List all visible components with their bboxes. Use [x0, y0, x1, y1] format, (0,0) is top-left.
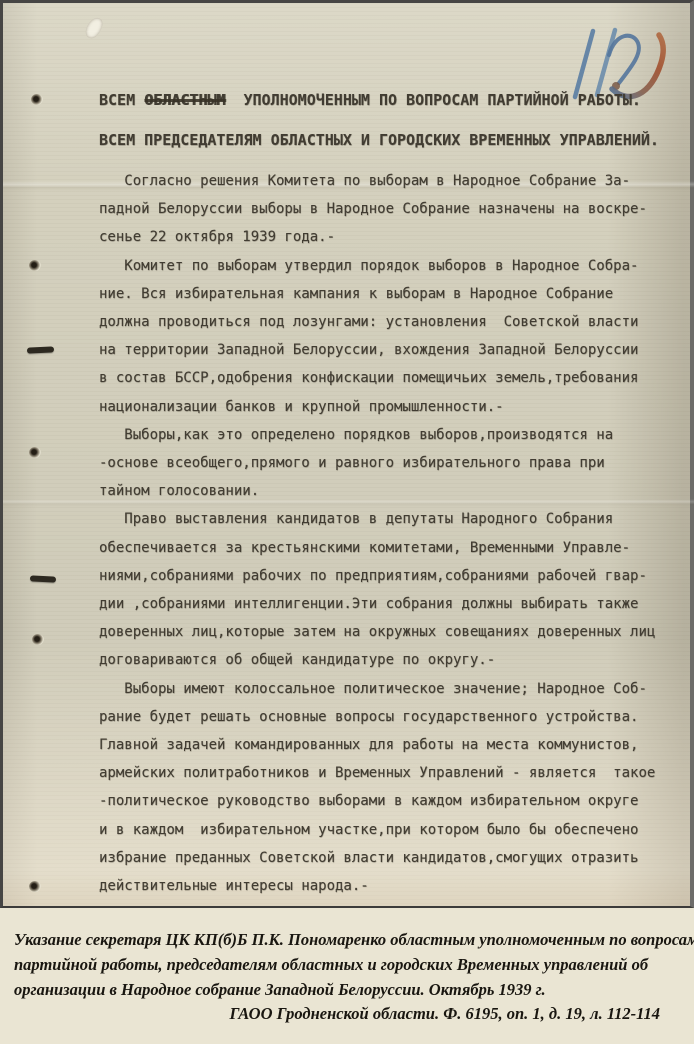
archive-reference: ГАОО Гродненской области. Ф. 6195, оп. 1… — [230, 1004, 660, 1024]
heading1-overtyped-word: ОБЛАСТНЫМ — [144, 91, 225, 109]
typed-line: -политическое руководство выборами в каж… — [99, 787, 659, 815]
margin-dash-mark — [27, 346, 54, 353]
typed-line: действительные интересы народа.- — [99, 872, 659, 900]
punch-hole — [29, 447, 41, 458]
punch-hole — [32, 634, 44, 645]
typed-line: падной Белоруссии выборы в Народное Собр… — [99, 195, 659, 223]
typed-line: Право выставления кандидатов в депутаты … — [99, 505, 659, 533]
typed-line: армейских политработников и Временных Уп… — [99, 759, 659, 787]
caption-line: организации в Народное собрание Западной… — [14, 977, 694, 1002]
typed-line: Согласно решения Комитета по выборам в Н… — [99, 167, 659, 195]
typed-line: договариваются об общей кандидатуре по о… — [99, 646, 659, 674]
typed-line: в состав БССР,одобрения конфискации поме… — [99, 364, 659, 392]
typed-line: доверенных лиц,которые затем на окружных… — [99, 618, 659, 646]
archival-document-page: ВСЕМ ОБЛАСТНЫМ УПОЛНОМОЧЕННЫМ ПО ВОПРОСА… — [0, 0, 694, 1044]
caption-text: Указание секретаря ЦК КП(б)Б П.К. Понома… — [14, 927, 694, 1002]
document-body: Согласно решения Комитета по выборам в Н… — [99, 167, 659, 900]
margin-dash-mark — [30, 575, 56, 582]
paragraph-4: Право выставления кандидатов в депутаты … — [99, 505, 659, 674]
typed-line: Главной задачей командированных для рабо… — [99, 731, 659, 759]
typewritten-text-block: ВСЕМ ОБЛАСТНЫМ УПОЛНОМОЧЕННЫМ ПО ВОПРОСА… — [99, 91, 659, 900]
typed-line: Выборы имеют колоссальное политическое з… — [99, 675, 659, 703]
typed-line: национализации банков и крупной промышле… — [99, 393, 659, 421]
typed-line: избрание преданных Советской власти канд… — [99, 844, 659, 872]
typed-line: рание будет решать основные вопросы госу… — [99, 703, 659, 731]
caption-line: Указание секретаря ЦК КП(б)Б П.К. Понома… — [14, 927, 694, 952]
punch-hole — [31, 94, 43, 105]
typed-line: обеспечивается за крестьянскими комитета… — [99, 534, 659, 562]
typed-line: Выборы,как это определено порядков выбор… — [99, 421, 659, 449]
typed-line: Комитет по выборам утвердил порядок выбо… — [99, 252, 659, 280]
typed-line: на территории Западной Белоруссии, вхожд… — [99, 336, 659, 364]
heading1-prefix: ВСЕМ — [99, 91, 144, 109]
typed-line: ние. Вся избирательная кампания к выбора… — [99, 280, 659, 308]
caption-strip: Указание секретаря ЦК КП(б)Б П.К. Понома… — [0, 908, 694, 1044]
paragraph-3: Выборы,как это определено порядков выбор… — [99, 421, 659, 506]
address-heading-1: ВСЕМ ОБЛАСТНЫМ УПОЛНОМОЧЕННЫМ ПО ВОПРОСА… — [99, 91, 659, 109]
typed-line: тайном голосовании. — [99, 477, 659, 505]
paragraph-1: Согласно решения Комитета по выборам в Н… — [99, 167, 659, 252]
punch-hole — [29, 260, 41, 271]
typed-line: ниями,собраниями рабочих по предприятиям… — [99, 562, 659, 590]
typed-line: должна проводиться под лозунгами: устано… — [99, 308, 659, 336]
typed-line: -основе всеобщего,прямого и равного изби… — [99, 449, 659, 477]
paragraph-5: Выборы имеют колоссальное политическое з… — [99, 675, 659, 901]
typed-line: сенье 22 октября 1939 года.- — [99, 223, 659, 251]
address-heading-2: ВСЕМ ПРЕДСЕДАТЕЛЯМ ОБЛАСТНЫХ И ГОРОДСКИХ… — [99, 131, 659, 149]
paragraph-2: Комитет по выборам утвердил порядок выбо… — [99, 252, 659, 421]
paper-tear-mark — [83, 15, 105, 41]
typed-line: дии ,собраниями интеллигенции.Эти собран… — [99, 590, 659, 618]
heading1-rest: УПОЛНОМОЧЕННЫМ ПО ВОПРОСАМ ПАРТИЙНОЙ РАБ… — [225, 91, 640, 109]
punch-hole — [29, 881, 41, 892]
caption-line: партийной работы, председателям областны… — [14, 952, 694, 977]
document-scan: ВСЕМ ОБЛАСТНЫМ УПОЛНОМОЧЕННЫМ ПО ВОПРОСА… — [0, 0, 694, 908]
typed-line: и в каждом избирательном участке,при кот… — [99, 816, 659, 844]
